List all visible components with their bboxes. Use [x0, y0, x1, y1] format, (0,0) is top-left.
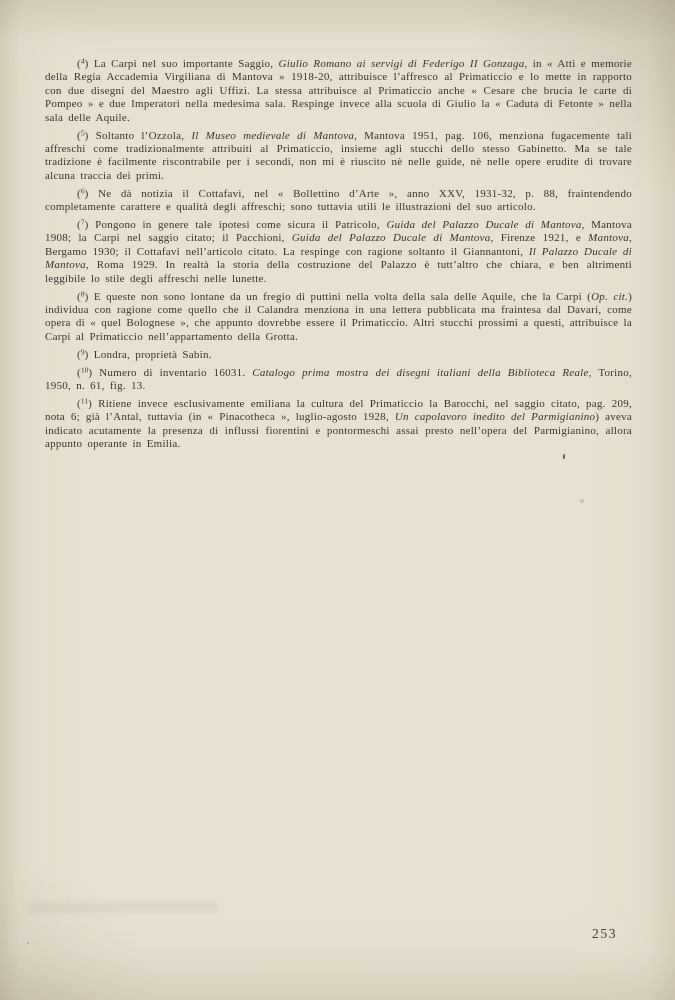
footnotes-block: (4) La Carpi nel suo importante Saggio, …	[45, 58, 632, 451]
footnote-8: (8) E queste non sono lontane da un freg…	[45, 291, 632, 345]
scan-speck	[563, 454, 566, 459]
footnote-10: (10) Numero di inventario 16031. Catalog…	[45, 367, 632, 394]
book-page-scan: (4) La Carpi nel suo importante Saggio, …	[0, 0, 675, 1000]
footnote-6: (6) Ne dà notizia il Cottafavi, nel « Bo…	[45, 188, 632, 215]
page-number: 253	[592, 926, 617, 942]
footnote-5: (5) Soltanto l’Ozzola, Il Museo medieval…	[45, 130, 632, 184]
footnote-9: (9) Londra, proprietà Sabin.	[45, 349, 632, 362]
scan-speck	[27, 942, 29, 944]
scan-speck	[580, 499, 584, 503]
footnote-11: (11) Ritiene invece esclusivamente emili…	[45, 398, 632, 452]
page-showthrough-ghost	[28, 903, 218, 912]
footnote-7: (7) Pongono in genere tale ipotesi come …	[45, 219, 632, 286]
footnote-4: (4) La Carpi nel suo importante Saggio, …	[45, 58, 632, 125]
